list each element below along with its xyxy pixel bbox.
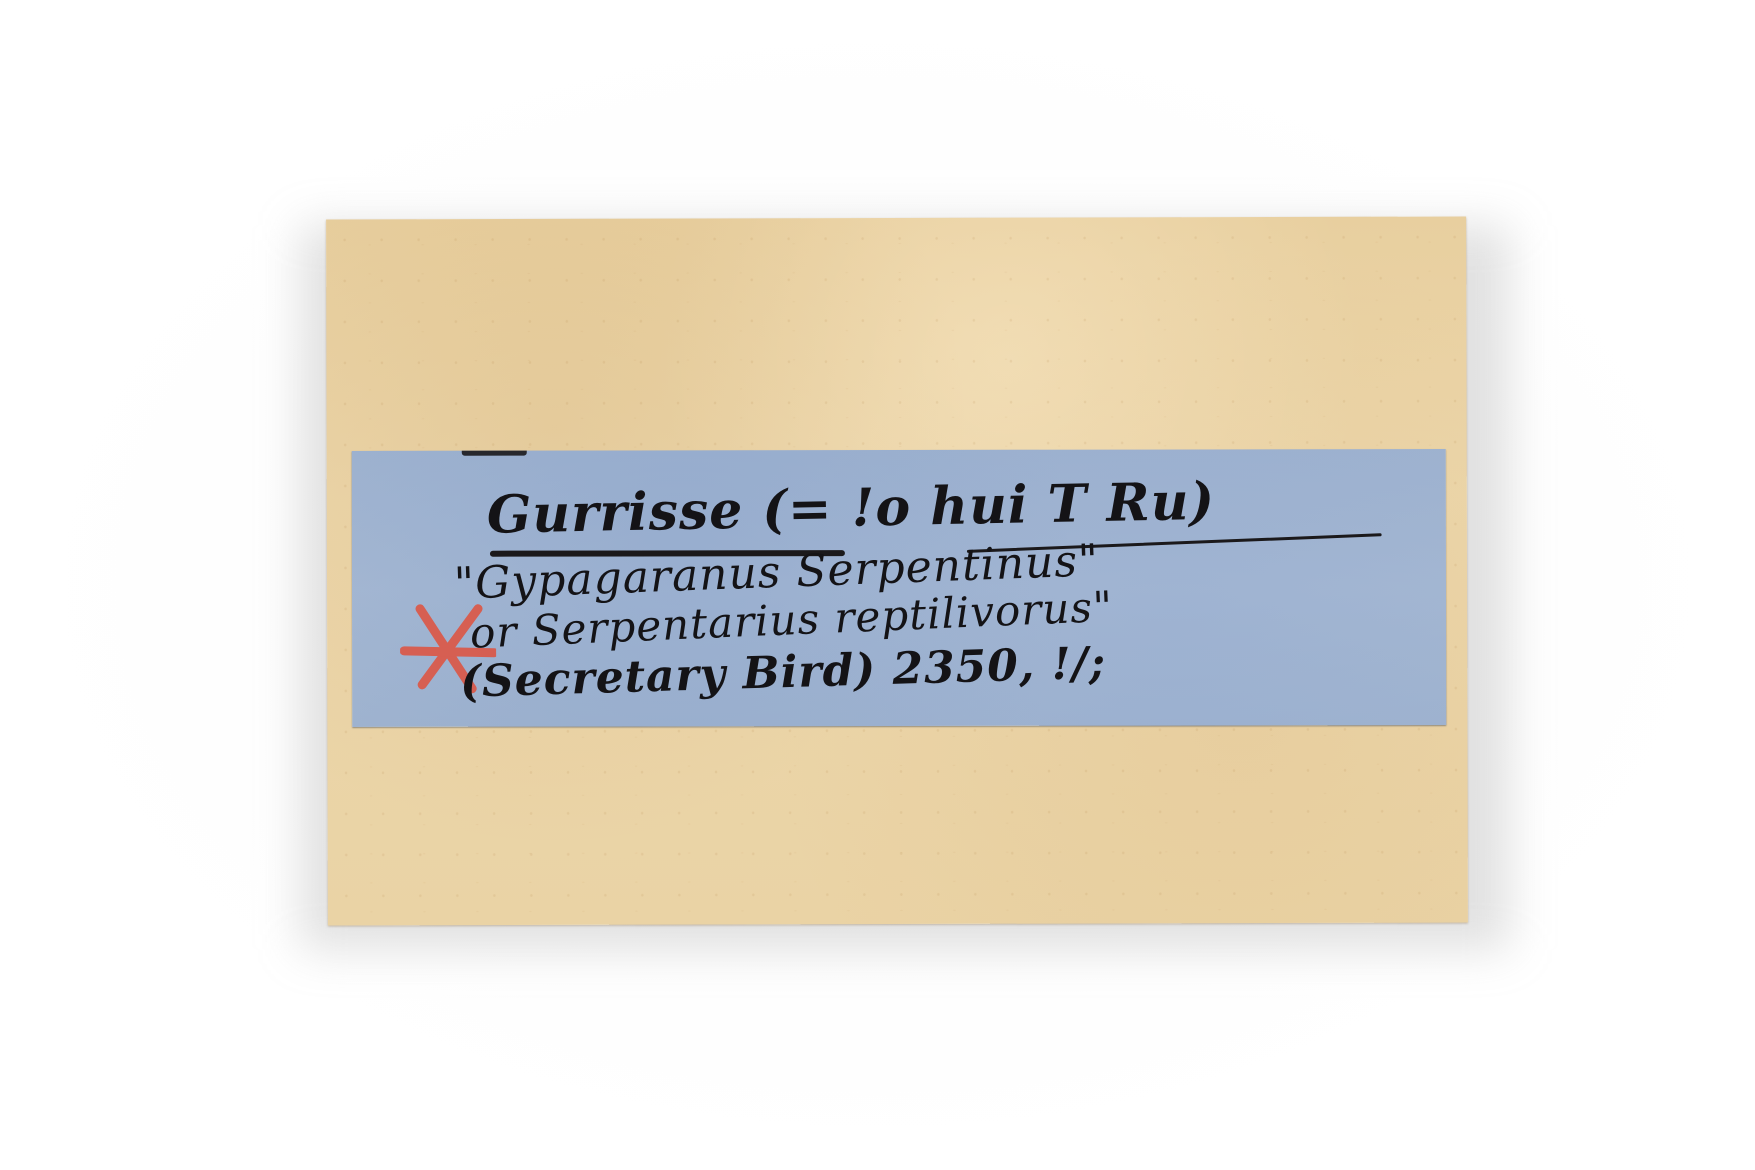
label-line-heading: Gurrisse (= !o hui T Ru): [486, 471, 1215, 546]
blue-label-slip: Gurrisse (= !o hui T Ru) "Gypagaranus Se…: [352, 449, 1446, 727]
